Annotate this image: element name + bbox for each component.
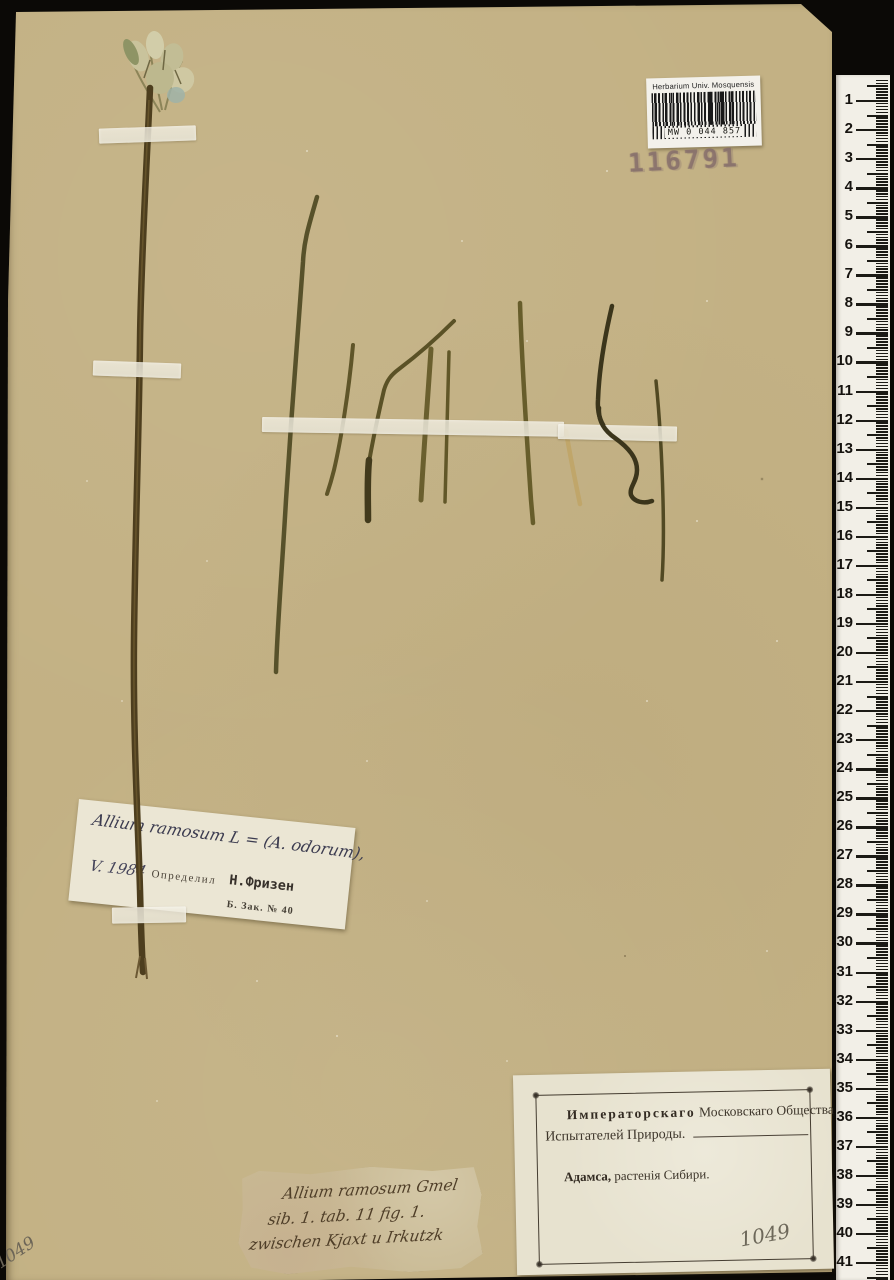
ruler-mm-tick (876, 788, 888, 790)
ruler-mm-tick (876, 1012, 888, 1014)
ruler-mm-tick (876, 643, 888, 645)
ruler-mm-tick (876, 603, 888, 605)
ruler-mm-tick (876, 1221, 888, 1223)
ruler-mm-tick (876, 524, 888, 526)
ruler-mm-tick (876, 794, 888, 796)
ruler-mm-tick (876, 207, 888, 209)
ruler-mm-tick (867, 957, 888, 959)
ruler-mm-tick (876, 547, 888, 549)
ruler-mm-tick (876, 1259, 888, 1261)
ruler-mm-tick (876, 649, 888, 651)
ruler-mm-tick (876, 219, 888, 221)
ruler-mm-tick (876, 457, 888, 459)
ruler-mm-tick (876, 1242, 888, 1244)
ruler-mm-tick (876, 556, 888, 558)
ruler-mm-tick (876, 980, 888, 982)
ruler-mm-tick (876, 341, 888, 343)
ruler-mm-tick (876, 823, 888, 825)
ruler-mm-tick (876, 431, 888, 433)
ruler-number: 5 (845, 207, 853, 224)
ruler-number: 3 (845, 149, 853, 166)
ruler-mm-tick (876, 475, 888, 477)
ruler-mm-tick (876, 806, 888, 808)
ruler-mm-tick (876, 164, 888, 166)
ruler-mm-tick (876, 103, 888, 105)
ruler-mm-tick (876, 963, 888, 965)
ruler-mm-tick (876, 1091, 888, 1093)
ruler-mm-tick (876, 1125, 888, 1127)
ruler-mm-tick (876, 1047, 888, 1049)
ruler-mm-tick (876, 829, 888, 831)
ruler-mm-tick (876, 948, 888, 950)
ruler-mm-tick (876, 748, 888, 750)
ruler-mm-tick (876, 417, 888, 419)
ruler-mm-tick (876, 571, 888, 573)
ruler-mm-tick (876, 498, 888, 500)
ruler-mm-tick (876, 1274, 888, 1276)
ruler-mm-tick (867, 376, 888, 378)
ruler-mm-tick (876, 1186, 888, 1188)
ruler-mm-tick (876, 338, 888, 340)
ruler-mm-tick (876, 1018, 888, 1020)
ruler-mm-tick (876, 452, 888, 454)
ruler-mm-tick (876, 1021, 888, 1023)
ruler-mm-tick (876, 292, 888, 294)
ruler-mm-tick (876, 736, 888, 738)
ruler-mm-tick (867, 1073, 888, 1075)
ruler-number: 13 (836, 440, 853, 457)
ruler-mm-tick (876, 1120, 888, 1122)
ruler-mm-tick (876, 80, 888, 82)
institution-label-frame: Императорскаго Московскаго Общества Испы… (535, 1089, 813, 1265)
ruler-mm-tick (876, 1169, 888, 1171)
institution-name-line1: Императорскаго Московскаго Общества (567, 1102, 802, 1123)
ruler-number: 8 (845, 295, 853, 312)
ruler-mm-tick (876, 861, 888, 863)
ruler-mm-tick (876, 931, 888, 933)
ruler-mm-tick (876, 890, 888, 892)
ruler-mm-tick (867, 841, 888, 843)
ruler-mm-tick (876, 762, 888, 764)
ruler-mm-tick (876, 574, 888, 576)
ruler-mm-tick (876, 283, 888, 285)
ruler-mm-tick (876, 1155, 888, 1157)
ruler-mm-tick (876, 733, 888, 735)
ruler-mm-tick (876, 396, 888, 398)
ruler-mm-tick (867, 899, 888, 901)
ruler-mm-tick (876, 1224, 888, 1226)
ruler-mm-tick (876, 443, 888, 445)
determination-date: V. 1984 (88, 857, 149, 880)
ruler-mm-tick (867, 1247, 888, 1249)
ruler-mm-tick (876, 486, 888, 488)
ruler-mm-tick (876, 300, 888, 302)
ruler-mm-tick (876, 1265, 888, 1267)
ruler-number: 28 (836, 876, 853, 893)
ruler-mm-tick (876, 1082, 888, 1084)
ruler-mm-tick (876, 893, 888, 895)
ruler-mm-tick (876, 225, 888, 227)
ruler-mm-tick (876, 742, 888, 744)
ruler-mm-tick (876, 298, 888, 300)
ruler-number: 14 (836, 469, 853, 486)
ruler-number: 16 (836, 527, 853, 544)
determiner-name: Н.Фризен (229, 872, 295, 895)
ruler-mm-tick (876, 1236, 888, 1238)
ruler-mm-tick (876, 1271, 888, 1273)
ruler-mm-tick (876, 1096, 888, 1098)
ruler-mm-tick (876, 527, 888, 529)
collection-line: Адамса, растенія Сибири. (564, 1164, 803, 1185)
ruler-mm-tick (876, 350, 888, 352)
barcode-label: Herbarium Univ. Mosquensis MW 0 044 857 (646, 76, 762, 149)
ruler-mm-tick (876, 1268, 888, 1270)
ruler-mm-tick (876, 257, 888, 259)
ruler-mm-tick (867, 1189, 888, 1191)
ruler-mm-tick (876, 1256, 888, 1258)
ruler-mm-tick (876, 1033, 888, 1035)
ruler-mm-tick (876, 495, 888, 497)
ruler-mm-tick (876, 222, 888, 224)
ruler-mm-tick (867, 289, 888, 291)
ruler-mm-tick (876, 190, 888, 192)
ruler-mm-tick (876, 849, 888, 851)
ruler-mm-tick (876, 887, 888, 889)
ruler-mm-tick (876, 321, 888, 323)
ruler-mm-tick (876, 237, 888, 239)
ruler-mm-tick (876, 934, 888, 936)
ruler-mm-tick (867, 1277, 888, 1279)
ruler-mm-tick (876, 1024, 888, 1026)
ruler-number: 7 (845, 265, 853, 282)
ruler-mm-tick (876, 170, 888, 172)
ruler-mm-tick (876, 199, 888, 201)
ruler-mm-tick (876, 576, 888, 578)
ruler-mm-tick (876, 730, 888, 732)
ruler-number: 4 (845, 178, 853, 195)
ruler-mm-tick (876, 858, 888, 860)
ruler-mm-tick (876, 1152, 888, 1154)
ruler-mm-tick (876, 646, 888, 648)
ruler-mm-tick (876, 780, 888, 782)
ruler-mm-tick (876, 489, 888, 491)
ruler-number: 23 (836, 730, 853, 747)
barcode-bars (651, 91, 756, 127)
ruler-mm-tick (876, 1099, 888, 1101)
ruler-mm-tick (876, 847, 888, 849)
ruler-mm-tick (876, 1108, 888, 1110)
ruler-mm-tick (876, 411, 888, 413)
ruler-mm-tick (876, 329, 888, 331)
ruler-mm-tick (876, 1207, 888, 1209)
ruler-mm-tick (876, 141, 888, 143)
ruler-mm-tick (867, 260, 888, 262)
ruler-mm-tick (876, 83, 888, 85)
ruler-mm-tick (876, 966, 888, 968)
ruler-mm-tick (876, 1053, 888, 1055)
ruler-mm-tick (876, 234, 888, 236)
herbarium-scan: { "barcode_label": { "institution": "Her… (0, 0, 894, 1280)
ruler-mm-tick (876, 1149, 888, 1151)
ruler-mm-tick (876, 364, 888, 366)
ruler-mm-tick (876, 881, 888, 883)
barcode-code-row: MW 0 044 857 (652, 124, 756, 140)
ruler-number: 25 (836, 788, 853, 805)
ruler-mm-tick (876, 146, 888, 148)
ruler-mm-tick (876, 483, 888, 485)
ruler-mm-tick (876, 138, 888, 140)
ruler-mm-tick (876, 460, 888, 462)
ruler-mm-tick (876, 542, 888, 544)
ruler-mm-tick (876, 1201, 888, 1203)
ruler-mm-tick (876, 112, 888, 114)
ruler-number: 41 (836, 1253, 853, 1270)
ruler-mm-tick (876, 722, 888, 724)
ruler-number: 17 (836, 556, 853, 573)
ruler-number: 20 (836, 643, 853, 660)
ruler-mm-tick (876, 675, 888, 677)
ruler-mm-tick (876, 280, 888, 282)
scale-ruler: 1234567891011121314151617181920212223242… (836, 75, 894, 1280)
ruler-mm-tick (876, 344, 888, 346)
ruler-mm-tick (876, 1123, 888, 1125)
ruler-mm-tick (876, 745, 888, 747)
ruler-number: 37 (836, 1137, 853, 1154)
ruler-mm-tick (867, 550, 888, 552)
ruler-mm-tick (876, 672, 888, 674)
ruler-number: 2 (845, 120, 853, 137)
ruler-mm-tick (876, 832, 888, 834)
ruler-mm-tick (876, 664, 888, 666)
ruler-mm-tick (876, 1230, 888, 1232)
ruler-mm-tick (876, 1250, 888, 1252)
ruler-mm-tick (876, 1128, 888, 1130)
ruler-mm-tick (876, 751, 888, 753)
ruler-number: 10 (836, 353, 853, 370)
ruler-mm-tick (876, 367, 888, 369)
ruler-mm-tick (876, 1085, 888, 1087)
frame-corner-ornament (532, 1092, 539, 1099)
ruler-mm-tick (876, 867, 888, 869)
ruler-mm-tick (876, 1094, 888, 1096)
ruler-mm-tick (876, 655, 888, 657)
ruler-mm-tick (876, 876, 888, 878)
ruler-mm-tick (876, 324, 888, 326)
ruler-mm-tick (876, 359, 888, 361)
ruler-mm-tick (876, 1253, 888, 1255)
ruler-number: 22 (836, 701, 853, 718)
ruler-mm-tick (876, 559, 888, 561)
ruler-mm-tick (876, 591, 888, 593)
ruler-mm-tick (876, 815, 888, 817)
blank-rule-line (693, 1134, 808, 1137)
ruler-mm-tick (876, 707, 888, 709)
ruler-mm-tick (876, 1213, 888, 1215)
ruler-mm-tick (876, 951, 888, 953)
ruler-number: 24 (836, 759, 853, 776)
paper-speckles (6, 0, 8, 2)
field-locality-line: zwischen Kjaxt u Irkutzk (248, 1223, 485, 1253)
ruler-mm-tick (876, 446, 888, 448)
ruler-number: 31 (836, 963, 853, 980)
ruler-mm-tick (876, 1192, 888, 1194)
ruler-mm-tick (876, 774, 888, 776)
ruler-mm-tick (876, 1035, 888, 1037)
ruler-mm-tick (876, 120, 888, 122)
ruler-mm-tick (876, 1239, 888, 1241)
ruler-mm-tick (867, 986, 888, 988)
frame-corner-ornament (536, 1261, 543, 1268)
ruler-mm-tick (876, 254, 888, 256)
ruler-number: 33 (836, 1021, 853, 1038)
ruler-mm-tick (876, 640, 888, 642)
ruler-mm-tick (876, 539, 888, 541)
ruler-mm-tick (876, 995, 888, 997)
field-label-handwriting: Allium ramosum Gmel sib. 1. tab. 11 fig.… (236, 1175, 483, 1255)
ruler-mm-tick (876, 504, 888, 506)
ruler-mm-tick (876, 698, 888, 700)
ruler-mm-tick (876, 1067, 888, 1069)
institution-name-line2: Испытателей Природы. (545, 1124, 810, 1146)
ruler-mm-tick (876, 422, 888, 424)
ruler-mm-tick (876, 719, 888, 721)
ruler-mm-tick (876, 88, 888, 90)
ruler-mm-tick (876, 239, 888, 241)
ruler-mm-tick (876, 149, 888, 151)
ruler-mm-tick (876, 1210, 888, 1212)
ruler-mm-tick (876, 518, 888, 520)
ruler-mm-tick (876, 777, 888, 779)
ruler-mm-tick (876, 803, 888, 805)
ruler-mm-tick (876, 228, 888, 230)
ruler-mm-tick (867, 318, 888, 320)
ruler-number: 11 (837, 382, 853, 399)
ruler-mm-tick (876, 974, 888, 976)
ruler-mm-tick (876, 268, 888, 270)
ruler-mm-tick (867, 1218, 888, 1220)
ruler-mm-tick (876, 940, 888, 942)
ruler-mm-tick (876, 414, 888, 416)
ruler-number: 27 (836, 846, 853, 863)
ruler-mm-tick (876, 983, 888, 985)
ruler-mm-tick (876, 1114, 888, 1116)
ruler-mm-tick (876, 727, 888, 729)
ruler-mm-tick (876, 91, 888, 93)
barcode-institution-text: Herbarium Univ. Mosquensis (646, 80, 760, 92)
ruler-mm-tick (867, 696, 888, 698)
field-species-line: Allium ramosum Gmel (281, 1175, 482, 1204)
ruler-mm-tick (876, 716, 888, 718)
ruler-mm-tick (876, 1076, 888, 1078)
ruler-number: 21 (836, 672, 853, 689)
ruler-mm-tick (867, 783, 888, 785)
ruler-mm-tick (876, 820, 888, 822)
ruler-mm-tick (876, 1143, 888, 1145)
ruler-mm-tick (876, 896, 888, 898)
ruler-mm-tick (876, 713, 888, 715)
collection-description: растенія Сибири. (611, 1166, 710, 1183)
ruler-number: 35 (836, 1079, 853, 1096)
ruler-mm-tick (876, 992, 888, 994)
ruler-mm-tick (876, 306, 888, 308)
ruler-mm-tick (876, 844, 888, 846)
ruler-mm-tick (876, 271, 888, 273)
ruler-mm-tick (876, 800, 888, 802)
ruler-mm-tick (867, 1044, 888, 1046)
ruler-mm-tick (876, 678, 888, 680)
ruler-mm-tick (876, 210, 888, 212)
ruler-mm-tick (876, 1216, 888, 1218)
ruler-mm-tick (876, 1064, 888, 1066)
ruler-mm-tick (867, 1015, 888, 1017)
ruler-mm-tick (876, 1172, 888, 1174)
ruler-mm-tick (876, 94, 888, 96)
ruler-mm-tick (867, 85, 888, 87)
ruler-mm-tick (876, 263, 888, 265)
ruler-mm-tick (876, 620, 888, 622)
ruler-number: 29 (836, 905, 853, 922)
ruler-mm-tick (876, 106, 888, 108)
ruler-mm-tick (876, 701, 888, 703)
ruler-mm-tick (876, 1166, 888, 1168)
ruler-mm-tick (876, 838, 888, 840)
ruler-mm-tick (876, 513, 888, 515)
ruler-mm-tick (876, 693, 888, 695)
ruler-mm-tick (876, 515, 888, 517)
ruler-mm-tick (867, 928, 888, 930)
ruler-number: 36 (836, 1108, 853, 1125)
ruler-mm-tick (876, 277, 888, 279)
ruler-mm-tick (876, 312, 888, 314)
ruler-number: 39 (836, 1195, 853, 1212)
ruler-mm-tick (876, 1134, 888, 1136)
ruler-mm-tick (876, 629, 888, 631)
ruler-mm-tick (876, 879, 888, 881)
ruler-mm-tick (876, 193, 888, 195)
ruler-mm-tick (876, 469, 888, 471)
ruler-mm-tick (876, 1027, 888, 1029)
ruler-mm-tick (876, 669, 888, 671)
ruler-mm-tick (876, 600, 888, 602)
ruler-mm-tick (876, 481, 888, 483)
ruler-mm-tick (876, 626, 888, 628)
ruler-mm-tick (867, 666, 888, 668)
ruler-mm-tick (867, 754, 888, 756)
ruler-mm-tick (876, 614, 888, 616)
ruler-mm-tick (867, 434, 888, 436)
ruler-mm-tick (876, 213, 888, 215)
ruler-mm-tick (876, 771, 888, 773)
ruler-mm-tick (876, 152, 888, 154)
ruler-mm-tick (876, 242, 888, 244)
ruler-mm-tick (876, 1070, 888, 1072)
ruler-mm-tick (867, 608, 888, 610)
ruler-number: 19 (836, 614, 853, 631)
frame-corner-ornament (810, 1255, 817, 1262)
ruler-mm-tick (876, 1227, 888, 1229)
ruler-mm-tick (876, 266, 888, 268)
ruler-mm-tick (876, 1062, 888, 1064)
ruler-number: 12 (836, 411, 853, 428)
ruler-mm-tick (876, 1245, 888, 1247)
ruler-mm-tick (876, 1195, 888, 1197)
ruler-mm-tick (876, 902, 888, 904)
ruler-mm-tick (876, 117, 888, 119)
ruler-mm-tick (876, 954, 888, 956)
ruler-mm-tick (876, 998, 888, 1000)
ruler-mm-tick (876, 1006, 888, 1008)
ruler-mm-tick (876, 1041, 888, 1043)
